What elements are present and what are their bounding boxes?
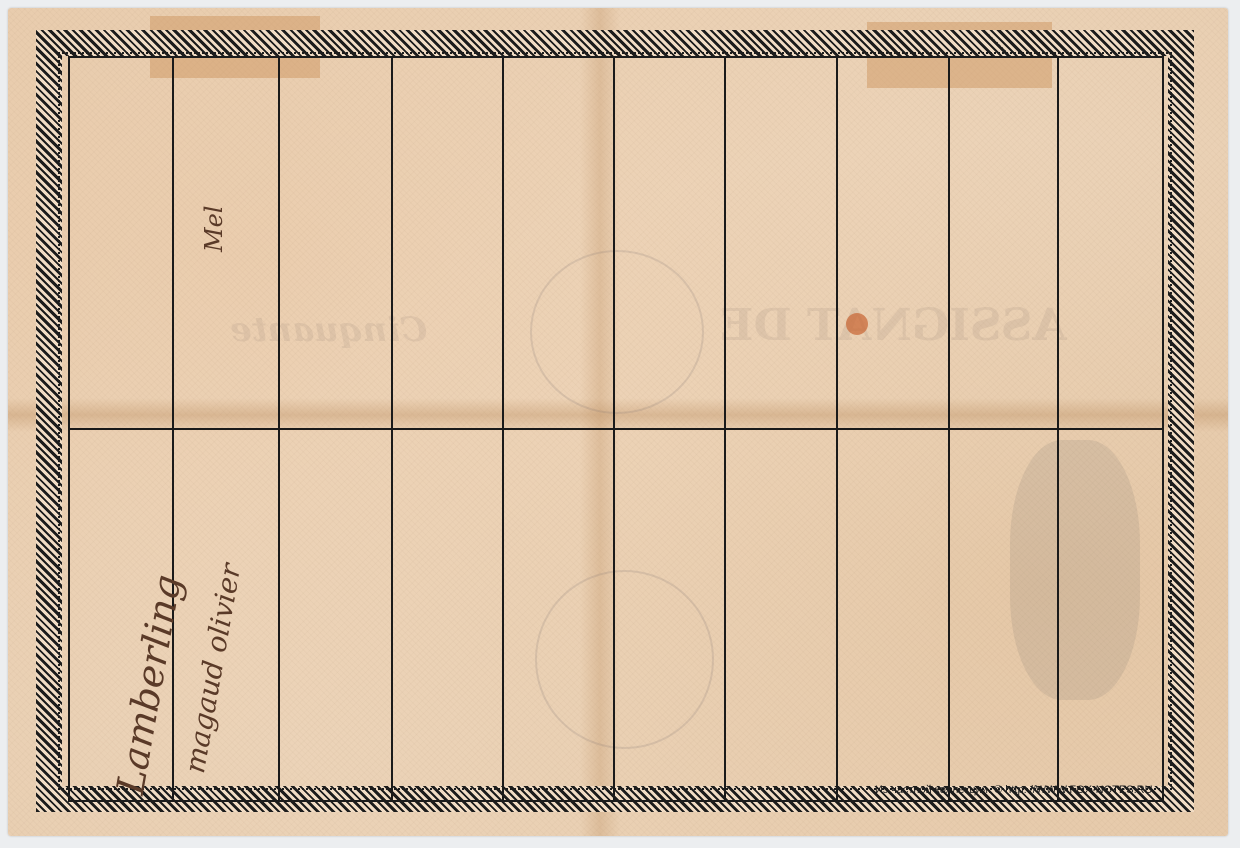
stain xyxy=(846,313,868,335)
row-divider xyxy=(70,428,1162,430)
handwritten-annotation: Mel xyxy=(200,206,228,252)
watermark-text: Из частной коллекции. © http: //WWW.FOX-… xyxy=(875,784,1153,796)
